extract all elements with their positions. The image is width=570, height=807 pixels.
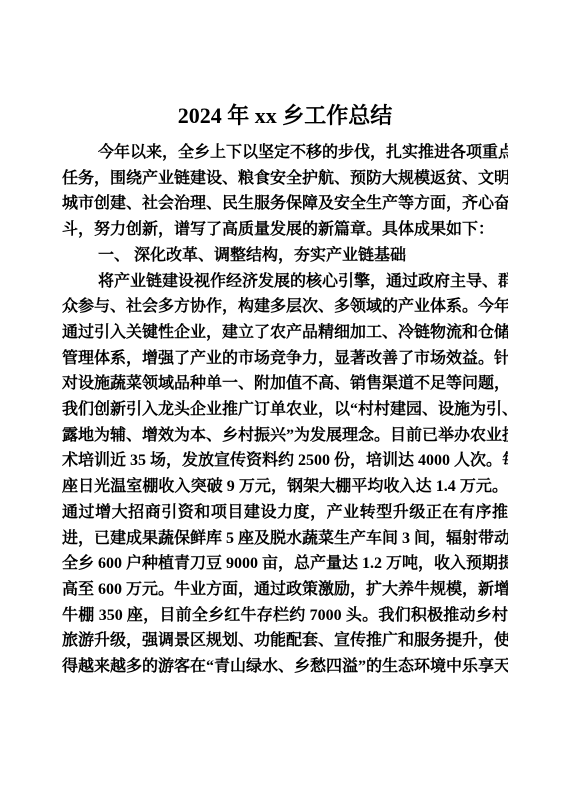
document-page: 2024 年 xx 乡工作总结 今年以来，全乡上下以坚定不移的步伐，扎实推进各项… [0, 0, 570, 807]
text-line: 将产业链建设视作经济发展的核心引擎，通过政府主导、群 [62, 269, 508, 295]
text-line: 我们创新引入龙头企业推广订单农业，以“村村建园、设施为引、 [62, 397, 508, 423]
text-line: 牛棚 350 座，目前全乡红牛存栏约 7000 头。我们积极推动乡村 [62, 603, 508, 629]
text-line: 对设施蔬菜领域品种单一、附加值不高、销售渠道不足等问题， [62, 371, 508, 397]
document-title: 2024 年 xx 乡工作总结 [62, 100, 508, 131]
text-line: 全乡 600 户种植青刀豆 9000 亩，总产量达 1.2 万吨，收入预期提 [62, 551, 508, 577]
text-line: 通过增大招商引资和项目建设力度，产业转型升级正在有序推 [62, 500, 508, 526]
text-line: 座日光温室棚收入突破 9 万元，钢架大棚平均收入达 1.4 万元。 [62, 474, 508, 500]
text-line: 术培训近 35 场，发放宣传资料约 2500 份，培训达 4000 人次。每 [62, 448, 508, 474]
text-line: 今年以来，全乡上下以坚定不移的步伐，扎实推进各项重点 [62, 140, 508, 166]
text-line: 通过引入关键性企业，建立了农产品精细加工、冷链物流和仓储 [62, 320, 508, 346]
section-heading: 一、 深化改革、调整结构，夯实产业链基础 [62, 243, 508, 269]
text-line: 旅游升级，强调景区规划、功能配套、宣传推广和服务提升，使 [62, 628, 508, 654]
text-line: 管理体系，增强了产业的市场竞争力，显著改善了市场效益。针 [62, 346, 508, 372]
text-line: 众参与、社会多方协作，构建多层次、多领域的产业体系。今年， [62, 294, 508, 320]
text-line: 进，已建成果蔬保鲜库 5 座及脱水蔬菜生产车间 3 间，辐射带动 [62, 526, 508, 552]
text-line: 城市创建、社会治理、民生服务保障及安全生产等方面，齐心奋 [62, 191, 508, 217]
text-line: 露地为辅、增效为本、乡村振兴”为发展理念。目前已举办农业技 [62, 423, 508, 449]
text-line: 得越来越多的游客在“青山绿水、乡愁四溢”的生态环境中乐享天 [62, 654, 508, 680]
text-line: 高至 600 万元。牛业方面，通过政策激励，扩大养牛规模，新增 [62, 577, 508, 603]
text-line: 任务，围绕产业链建设、粮食安全护航、预防大规模返贫、文明 [62, 166, 508, 192]
text-line: 斗，努力创新，谱写了高质量发展的新篇章。具体成果如下： [62, 217, 508, 243]
document-body: 今年以来，全乡上下以坚定不移的步伐，扎实推进各项重点任务，围绕产业链建设、粮食安… [62, 140, 508, 680]
document-content: 2024 年 xx 乡工作总结 今年以来，全乡上下以坚定不移的步伐，扎实推进各项… [62, 100, 508, 680]
